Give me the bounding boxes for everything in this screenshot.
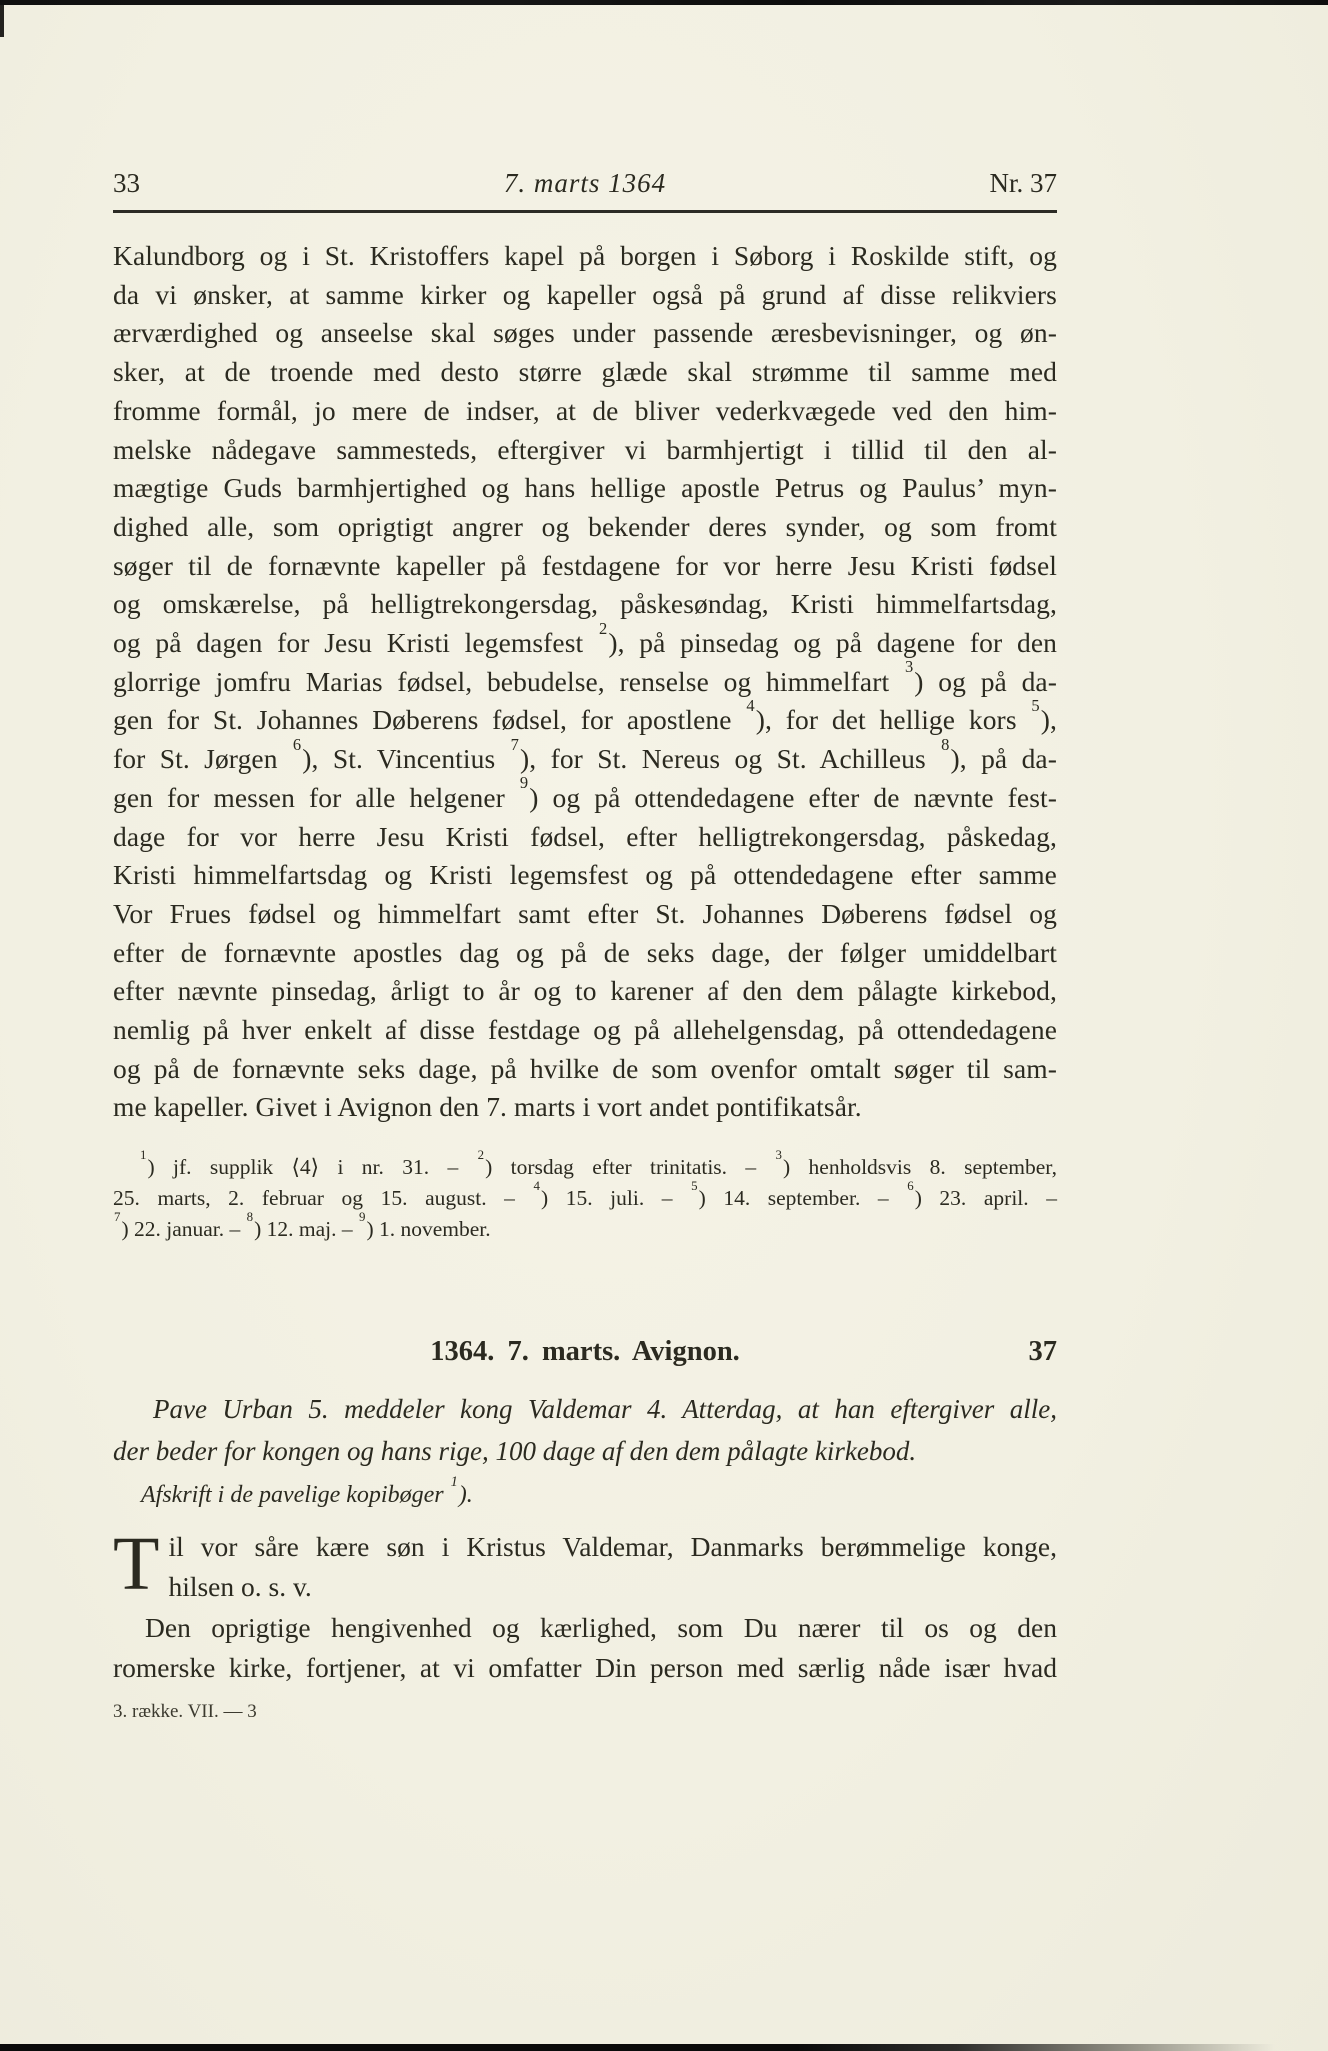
text-line: me kapeller. Givet i Avignon den 7. mart… <box>113 1088 1057 1127</box>
footnotes-block: 1) jf. supplik ⟨4⟩ i nr. 31. – 2) torsda… <box>113 1152 1057 1245</box>
scan-edge-bottom <box>0 2044 1328 2051</box>
text-line: efter nævnte pinsedag, årligt to år og t… <box>113 972 1057 1011</box>
text-line: sker, at de troende med desto større glæ… <box>113 353 1057 392</box>
text-line: gen for messen for alle helgener 9) og p… <box>113 779 1057 818</box>
text-line: Vor Frues fødsel og himmelfart samt efte… <box>113 895 1057 934</box>
document-body-text: Kalundborg og i St. Kristoffers kapel på… <box>113 237 1057 1127</box>
entry-summary: Pave Urban 5. meddeler kong Valdemar 4. … <box>113 1388 1057 1472</box>
text-line: glorrige jomfru Marias fødsel, bebudelse… <box>113 663 1057 702</box>
text-line: der beder for kongen og hans rige, 100 d… <box>113 1430 1057 1472</box>
header-rule <box>113 210 1057 213</box>
text-line: og omskærelse, på helligtrekongersdag, p… <box>113 585 1057 624</box>
text-line: og på de fornævnte seks dage, på hvilke … <box>113 1050 1057 1089</box>
entry-number: 37 <box>1029 1336 1058 1368</box>
running-head: 33 7. marts 1364 Nr. 37 <box>113 168 1057 204</box>
text-line: fromme formål, jo mere de indser, at de … <box>113 392 1057 431</box>
text-line: efter de fornævnte apostles dag og på de… <box>113 934 1057 973</box>
body-paragraph: Den oprigtige hengivenhed og kærlighed, … <box>113 1608 1057 1688</box>
text-line: 1) jf. supplik ⟨4⟩ i nr. 31. – 2) torsda… <box>113 1152 1057 1183</box>
text-line: 7) 22. januar. – 8) 12. maj. – 9) 1. nov… <box>113 1214 1057 1245</box>
running-head-date: 7. marts 1364 <box>113 168 1057 199</box>
text-line: ærværdighed og anseelse skal søges under… <box>113 314 1057 353</box>
text-line: Den oprigtige hengivenhed og kærlighed, … <box>113 1608 1057 1648</box>
text-line: nemlig på hver enkelt af disse festdage … <box>113 1011 1057 1050</box>
text-line: søger til de fornævnte kapeller på festd… <box>113 547 1057 586</box>
source-note: Afskrift i de pavelige kopibøger 1). <box>113 1482 1057 1509</box>
series-signature: 3. række. VII. — 3 <box>113 1701 1057 1723</box>
book-page: 33 7. marts 1364 Nr. 37 Kalundborg og i … <box>0 0 1328 2051</box>
text-line: Pave Urban 5. meddeler kong Valdemar 4. … <box>113 1388 1057 1430</box>
text-line: for St. Jørgen 6), St. Vincentius 7), fo… <box>113 740 1057 779</box>
text-line: da vi ønsker, at samme kirker og kapelle… <box>113 276 1057 315</box>
text-line: dighed alle, som oprigtigt angrer og bek… <box>113 508 1057 547</box>
scan-edge-left <box>0 5 4 37</box>
text-line: romerske kirke, fortjener, at vi omfatte… <box>113 1648 1057 1688</box>
text-line: gen for St. Johannes Døberens fødsel, fo… <box>113 701 1057 740</box>
text-line: il vor såre kære søn i Kristus Valdemar,… <box>168 1527 1057 1567</box>
text-line: og på dagen for Jesu Kristi legemsfest 2… <box>113 624 1057 663</box>
text-line: dage for vor herre Jesu Kristi fødsel, e… <box>113 818 1057 857</box>
salutation-block: T il vor såre kære søn i Kristus Valdema… <box>113 1527 1057 1607</box>
text-line: melske nådegave sammesteds, eftergiver v… <box>113 431 1057 470</box>
scan-edge-top <box>0 0 1328 5</box>
text-line: Kalundborg og i St. Kristoffers kapel på… <box>113 237 1057 276</box>
entry-heading: 1364. 7. marts. Avignon. <box>113 1336 1057 1368</box>
drop-cap-initial: T <box>113 1527 168 1607</box>
text-line: hilsen o. s. v. <box>168 1567 1057 1607</box>
text-line: 25. marts, 2. februar og 15. august. – 4… <box>113 1183 1057 1214</box>
document-number-label: Nr. 37 <box>990 168 1058 199</box>
text-line: Kristi himmelfartsdag og Kristi legemsfe… <box>113 856 1057 895</box>
entry-heading-row: 1364. 7. marts. Avignon. 37 <box>113 1336 1057 1376</box>
salutation-lines: il vor såre kære søn i Kristus Valdemar,… <box>168 1527 1057 1607</box>
text-line: mægtige Guds barmhjertighed og hans hell… <box>113 469 1057 508</box>
